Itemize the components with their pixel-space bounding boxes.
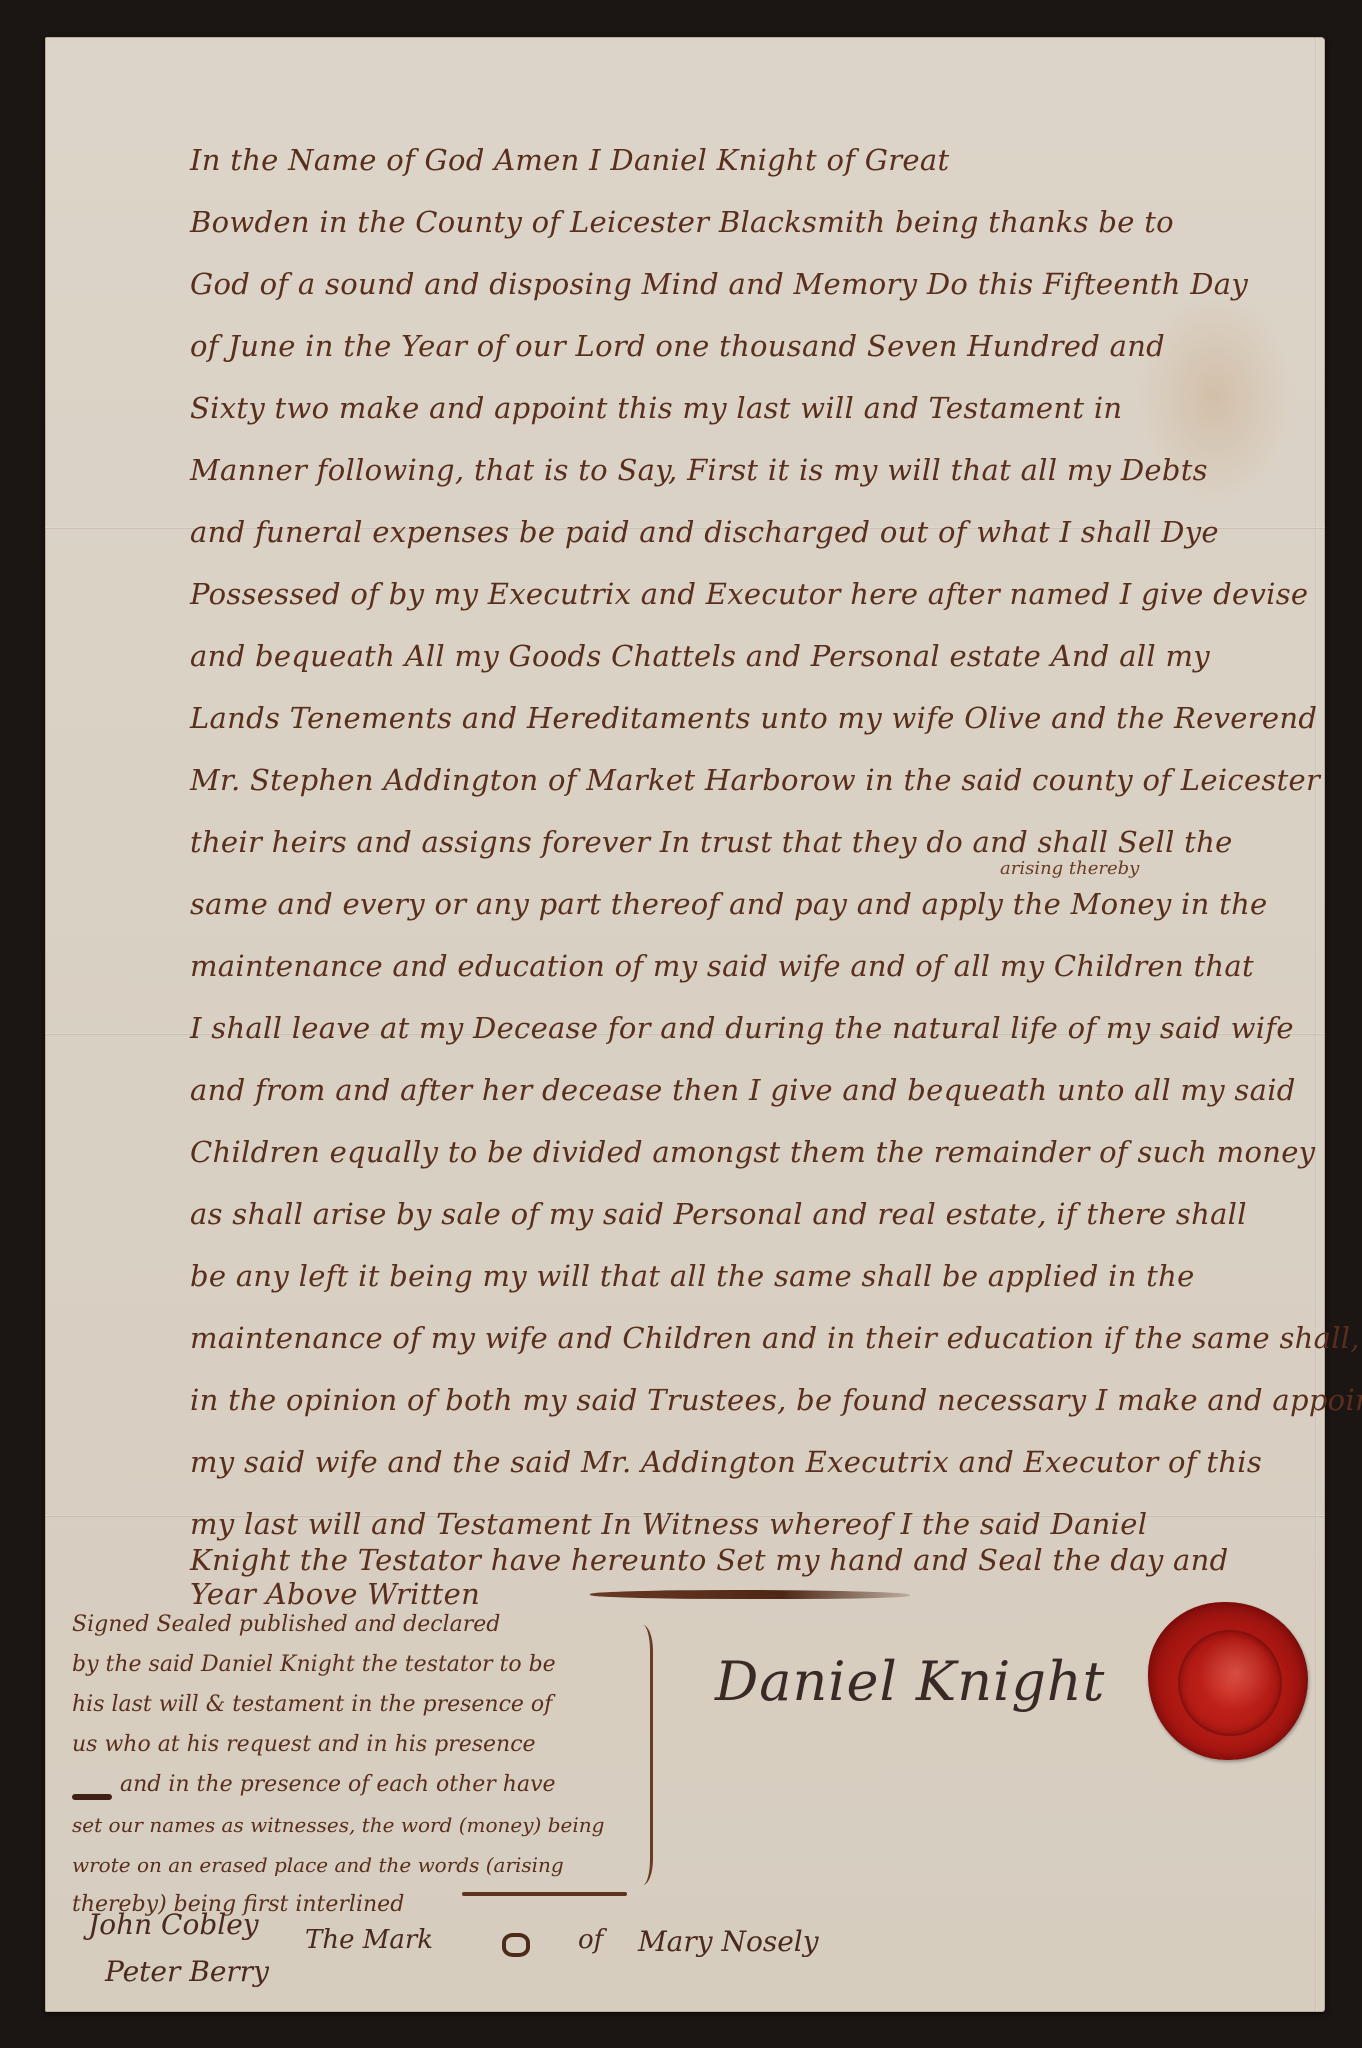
body-line: In the Name of God Amen I Daniel Knight … — [190, 140, 1320, 180]
body-line: in the opinion of both my said Trustees,… — [190, 1380, 1320, 1420]
body-line: be any left it being my will that all th… — [190, 1256, 1320, 1296]
body-line: maintenance and education of my said wif… — [190, 946, 1320, 986]
attestation-line: wrote on an erased place and the words (… — [72, 1845, 662, 1885]
body-line: as shall arise by sale of my said Person… — [190, 1194, 1320, 1234]
attestation-line: set our names as witnesses, the word (mo… — [72, 1805, 662, 1845]
attestation-rule — [462, 1892, 627, 1896]
body-line: same and every or any part thereof and p… — [190, 884, 1320, 924]
attestation-bracket — [636, 1625, 653, 1885]
attestation-line: his last will & testament in the presenc… — [72, 1685, 662, 1725]
body-line: and funeral expenses be paid and dischar… — [190, 512, 1320, 552]
attestation-line: by the said Daniel Knight the testator t… — [72, 1645, 662, 1685]
attestation-clause: Signed Sealed published and declared by … — [72, 1605, 662, 1925]
body-line: I shall leave at my Decease for and duri… — [190, 1008, 1320, 1048]
body-line: and from and after her decease then I gi… — [190, 1070, 1320, 1110]
body-line: Mr. Stephen Addington of Market Harborow… — [190, 760, 1320, 800]
witness-mark-name-mary-nosely: Mary Nosely — [638, 1925, 819, 1958]
body-line: Bowden in the County of Leicester Blacks… — [190, 202, 1320, 242]
wax-seal-icon — [1148, 1602, 1308, 1760]
attestation-line: and in the presence of each other have — [72, 1765, 662, 1805]
body-line: God of a sound and disposing Mind and Me… — [190, 264, 1320, 304]
body-line: Children equally to be divided amongst t… — [190, 1132, 1320, 1172]
body-line: Lands Tenements and Hereditaments unto m… — [190, 698, 1320, 738]
body-line: of June in the Year of our Lord one thou… — [190, 326, 1320, 366]
body-line: my said wife and the said Mr. Addington … — [190, 1442, 1320, 1482]
attestation-line: us who at his request and in his presenc… — [72, 1725, 662, 1765]
mark-label: The Mark — [305, 1925, 433, 1955]
witness-signature-john-cobley: John Cobley — [88, 1908, 259, 1941]
interlined-text: arising thereby — [1000, 858, 1139, 879]
testator-signature: Daniel Knight — [715, 1650, 1105, 1713]
attestation-line: Signed Sealed published and declared — [72, 1605, 662, 1645]
body-line: Possessed of by my Executrix and Executo… — [190, 574, 1320, 614]
body-line: Sixty two make and appoint this my last … — [190, 388, 1320, 428]
seal-impression — [1178, 1630, 1282, 1736]
witness-signature-peter-berry: Peter Berry — [105, 1955, 269, 1988]
body-line: Manner following, that is to Say, First … — [190, 450, 1320, 490]
struck-out-word — [72, 1794, 112, 1800]
witness-mark-icon — [502, 1933, 530, 1957]
body-line: their heirs and assigns forever In trust… — [190, 822, 1320, 862]
body-line: my last will and Testament In Witness wh… — [190, 1504, 1320, 1544]
body-line: and bequeath All my Goods Chattels and P… — [190, 636, 1320, 676]
body-line: maintenance of my wife and Children and … — [190, 1318, 1320, 1358]
mark-of-label: of — [578, 1925, 603, 1955]
closing-flourish — [590, 1590, 910, 1599]
